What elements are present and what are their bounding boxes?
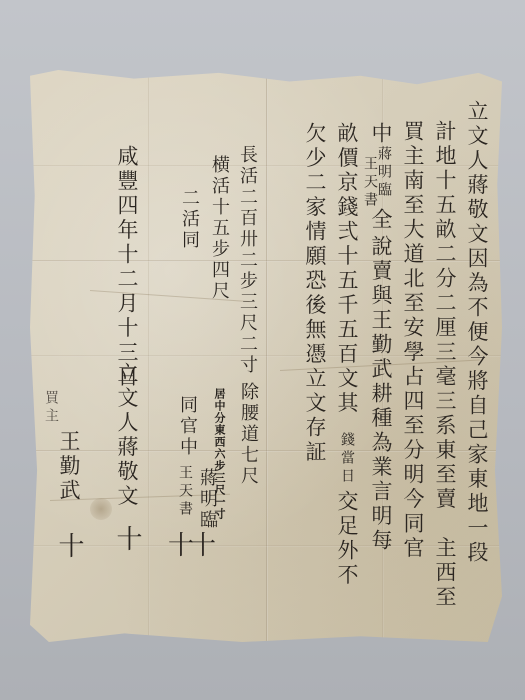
text-column-4: 說賣與王勤武耕種為業言明每: [370, 235, 391, 554]
witness-title: 同官中: [178, 395, 196, 458]
text-column-4-all: 全: [370, 208, 391, 233]
text-column-2: 計地十五畝二分二厘三毫三系東至賣 主西至: [434, 120, 455, 610]
maker-line: 立文人蔣敬文: [116, 362, 137, 509]
text-column-1: 立文人蔣敬文因為不便今將自己家東地一段: [466, 100, 487, 566]
buyer-name: 王勤武: [58, 430, 79, 504]
fold-line: [30, 260, 502, 262]
measure-wide: 横活十五步四尺: [210, 155, 228, 302]
text-column-5: 畝價京錢弍十五千五百文其: [336, 122, 357, 416]
measure-long: 長活二百卅二步三尺二寸: [238, 145, 256, 376]
text-column-5-tail: 交足外不: [336, 490, 357, 588]
buyer-mark: 十: [56, 532, 82, 560]
witness-right: 蔣明臨: [377, 146, 391, 200]
contract-date: 咸豐四年十二月十三日: [116, 145, 137, 390]
fold-line: [30, 545, 502, 547]
witness-left: 王天書: [363, 156, 377, 210]
contract-paper: 立文人蔣敬文因為不便今將自己家東地一段 計地十五畝二分二厘三毫三系東至賣 主西至…: [30, 70, 502, 642]
fold-line: [30, 450, 502, 452]
ink-stain: [90, 498, 112, 520]
measure-same: 二活同: [180, 188, 198, 251]
road-deduction: 除腰道七尺: [239, 382, 257, 487]
witness-mark: 十十: [168, 525, 212, 562]
maker-mark: 十: [114, 525, 140, 553]
witness-2: 王天書: [178, 465, 192, 519]
fold-line: [30, 165, 502, 167]
buyer-prefix: 買主: [44, 390, 58, 426]
witness-1: 蔣明臨: [198, 468, 216, 531]
text-column-5-note: 錢當日: [340, 432, 354, 486]
text-column-3: 買主南至大道北至安學占四至分明今同官: [402, 120, 423, 561]
text-column-6: 欠少二家情願恐後無憑立文存証: [304, 122, 325, 465]
text-column-4-prefix: 中: [370, 122, 391, 147]
fold-line: [30, 355, 502, 357]
